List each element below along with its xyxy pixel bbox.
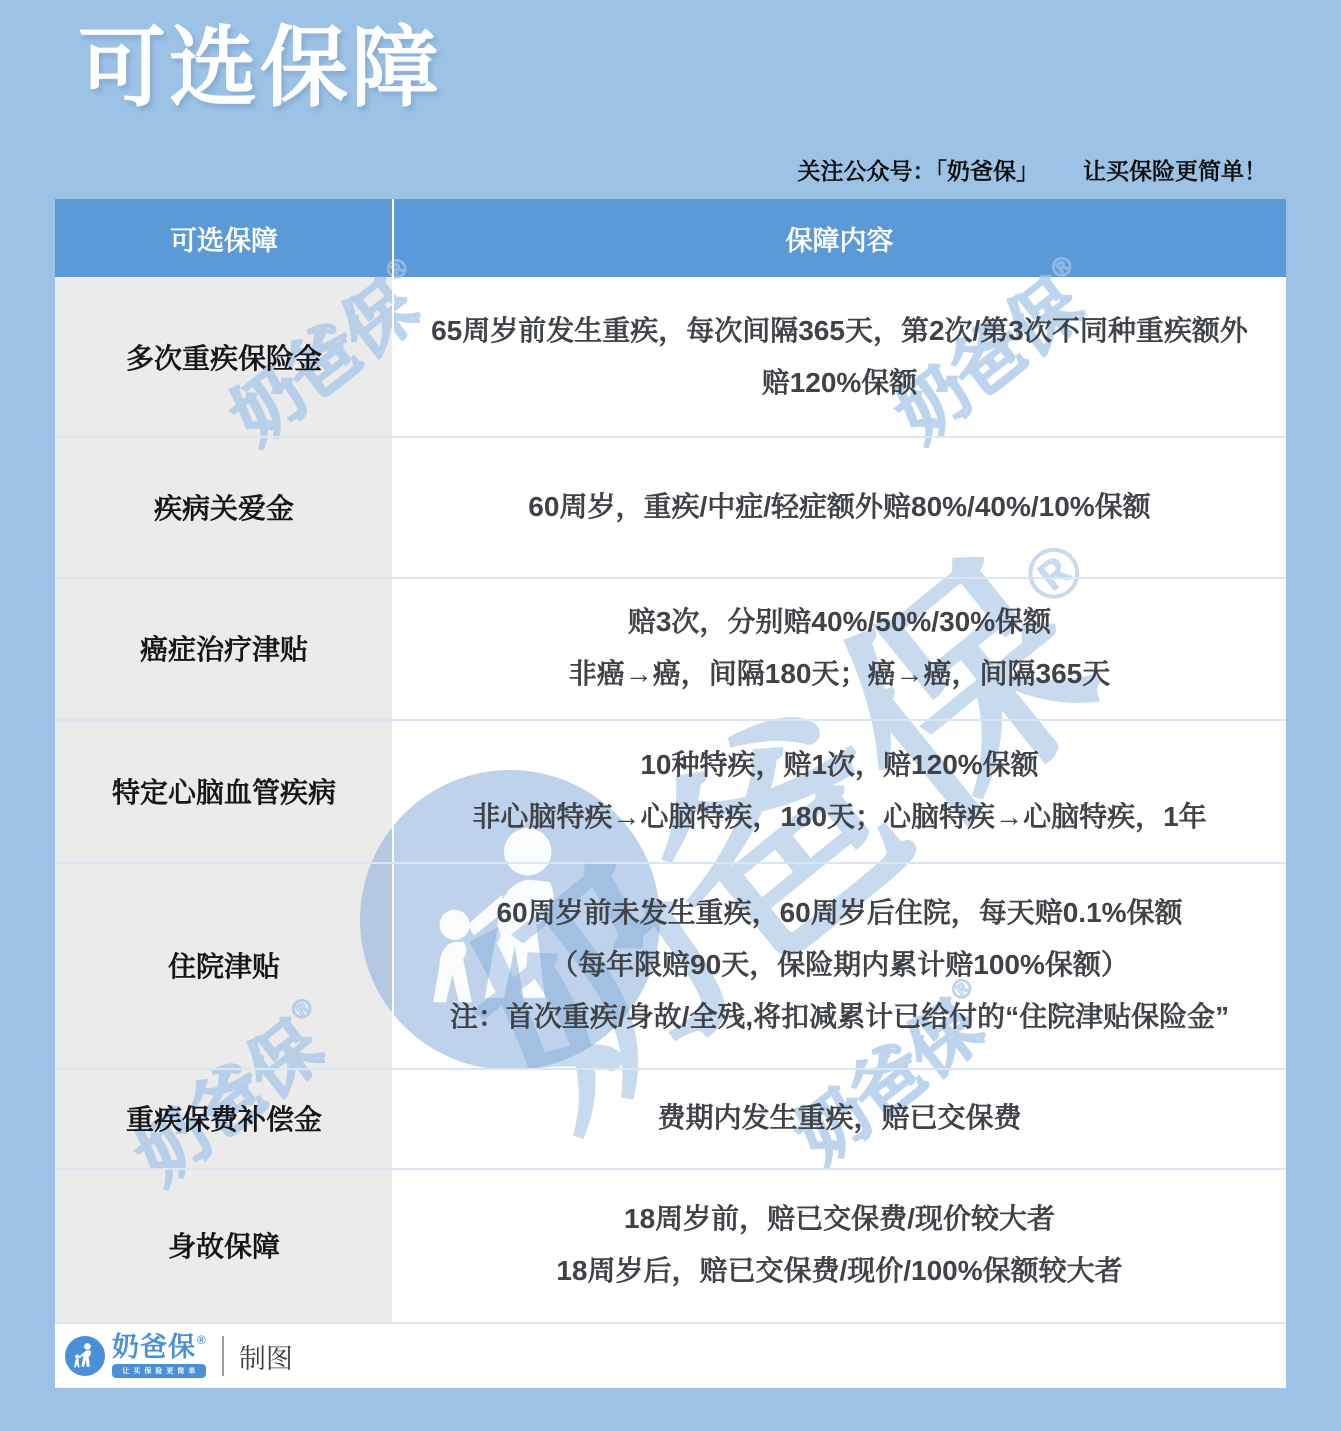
table-row: 特定心脑血管疾病 10种特疾，赔1次，赔120%保额 非心脑特疾→心脑特疾，18… xyxy=(55,719,1286,862)
row-divider xyxy=(55,436,1286,438)
footer-caption: 制图 xyxy=(239,1337,293,1376)
footer-credit-bar: 奶爸保 ® 让买保险更简单 制图 xyxy=(55,1322,1286,1388)
row-label-text: 住院津贴 xyxy=(168,945,280,985)
row-divider xyxy=(55,577,1286,579)
brand-name: 奶爸保 xyxy=(112,1334,196,1361)
cell-line: 赔120%保额 xyxy=(762,357,918,409)
row-label-text: 身故保障 xyxy=(168,1225,280,1265)
slogan-text: 让买保险更简单！ xyxy=(1083,158,1267,184)
row-label-cell: 身故保障 xyxy=(55,1168,393,1322)
page-title: 可选保障 xyxy=(78,24,442,112)
column-divider xyxy=(392,199,394,1322)
cell-line: 非心脑特疾→心脑特疾，180天；心脑特疾→心脑特疾，1年 xyxy=(472,791,1206,843)
row-label-text: 重疾保费补偿金 xyxy=(126,1098,322,1138)
row-label-cell: 癌症治疗津贴 xyxy=(55,577,393,719)
cell-line: 费期内发生重疾，赔已交保费 xyxy=(657,1092,1021,1144)
row-divider xyxy=(55,719,1286,721)
row-label-text: 癌症治疗津贴 xyxy=(140,628,308,668)
brand-tagline-badge: 让买保险更简单 xyxy=(112,1364,206,1378)
row-label-text: 疾病关爱金 xyxy=(154,487,294,527)
row-label-cell: 住院津贴 xyxy=(55,862,393,1068)
row-divider xyxy=(55,1068,1286,1070)
cell-line: 赔3次，分别赔40%/50%/30%保额 xyxy=(628,596,1051,648)
follow-account-text: 关注公众号：「奶爸保」 xyxy=(798,158,1040,184)
registered-mark: ® xyxy=(197,1334,206,1346)
row-label-cell: 重疾保费补偿金 xyxy=(55,1068,393,1168)
row-label-cell: 疾病关爱金 xyxy=(55,436,393,577)
row-content-cell: 60周岁，重疾/中症/轻症额外赔80%/40%/10%保额 xyxy=(393,436,1286,577)
table-row: 重疾保费补偿金 费期内发生重疾，赔已交保费 xyxy=(55,1068,1286,1168)
topbar-slogan: 关注公众号：「奶爸保」让买保险更简单！ xyxy=(798,153,1268,186)
row-label-text: 特定心脑血管疾病 xyxy=(112,771,336,811)
row-divider xyxy=(55,1168,1286,1170)
coverage-table: 可选保障 保障内容 多次重疾保险金 65周岁前发生重疾，每次间隔365天，第2次… xyxy=(55,199,1286,1388)
row-content-cell: 10种特疾，赔1次，赔120%保额 非心脑特疾→心脑特疾，180天；心脑特疾→心… xyxy=(393,719,1286,862)
row-divider xyxy=(55,862,1286,864)
footer-divider xyxy=(222,1336,224,1376)
cell-line: 60周岁前未发生重疾，60周岁后住院，每天赔0.1%保额 xyxy=(496,887,1182,939)
table-row: 身故保障 18周岁前，赔已交保费/现价较大者 18周岁后，赔已交保费/现价/10… xyxy=(55,1168,1286,1322)
cell-line: 60周岁，重疾/中症/轻症额外赔80%/40%/10%保额 xyxy=(528,481,1150,533)
row-content-cell: 60周岁前未发生重疾，60周岁后住院，每天赔0.1%保额 （每年限赔90天，保险… xyxy=(393,862,1286,1068)
header-cell-optional-coverage: 可选保障 xyxy=(55,199,393,277)
table-row: 住院津贴 60周岁前未发生重疾，60周岁后住院，每天赔0.1%保额 （每年限赔9… xyxy=(55,862,1286,1068)
row-content-cell: 65周岁前发生重疾，每次间隔365天，第2次/第3次不同种重疾额外 赔120%保… xyxy=(393,277,1286,436)
cell-line: 65周岁前发生重疾，每次间隔365天，第2次/第3次不同种重疾额外 xyxy=(431,305,1248,357)
page: 可选保障 关注公众号：「奶爸保」让买保险更简单！ 可选保障 保障内容 多次重疾保… xyxy=(0,0,1341,1431)
cell-line: 10种特疾，赔1次，赔120%保额 xyxy=(640,739,1038,791)
cell-line: 18周岁后，赔已交保费/现价/100%保额较大者 xyxy=(556,1245,1122,1297)
table-row: 癌症治疗津贴 赔3次，分别赔40%/50%/30%保额 非癌→癌，间隔180天；… xyxy=(55,577,1286,719)
row-content-cell: 18周岁前，赔已交保费/现价较大者 18周岁后，赔已交保费/现价/100%保额较… xyxy=(393,1168,1286,1322)
brand-block: 奶爸保 ® 让买保险更简单 xyxy=(112,1334,206,1378)
cell-line: 注：首次重疾/身故/全残,将扣减累计已给付的“住院津贴保险金” xyxy=(450,991,1229,1043)
table-row: 多次重疾保险金 65周岁前发生重疾，每次间隔365天，第2次/第3次不同种重疾额… xyxy=(55,277,1286,436)
header-cell-coverage-content: 保障内容 xyxy=(393,199,1286,277)
table-row: 疾病关爱金 60周岁，重疾/中症/轻症额外赔80%/40%/10%保额 xyxy=(55,436,1286,577)
row-label-cell: 多次重疾保险金 xyxy=(55,277,393,436)
brand-logo-icon xyxy=(65,1336,105,1376)
cell-line: 18周岁前，赔已交保费/现价较大者 xyxy=(624,1193,1055,1245)
cell-line: 非癌→癌，间隔180天；癌→癌，间隔365天 xyxy=(569,648,1110,700)
row-label-cell: 特定心脑血管疾病 xyxy=(55,719,393,862)
row-label-text: 多次重疾保险金 xyxy=(126,337,322,377)
table-header-row: 可选保障 保障内容 xyxy=(55,199,1286,277)
cell-line: （每年限赔90天，保险期内累计赔100%保额） xyxy=(550,939,1129,991)
row-content-cell: 赔3次，分别赔40%/50%/30%保额 非癌→癌，间隔180天；癌→癌，间隔3… xyxy=(393,577,1286,719)
row-content-cell: 费期内发生重疾，赔已交保费 xyxy=(393,1068,1286,1168)
